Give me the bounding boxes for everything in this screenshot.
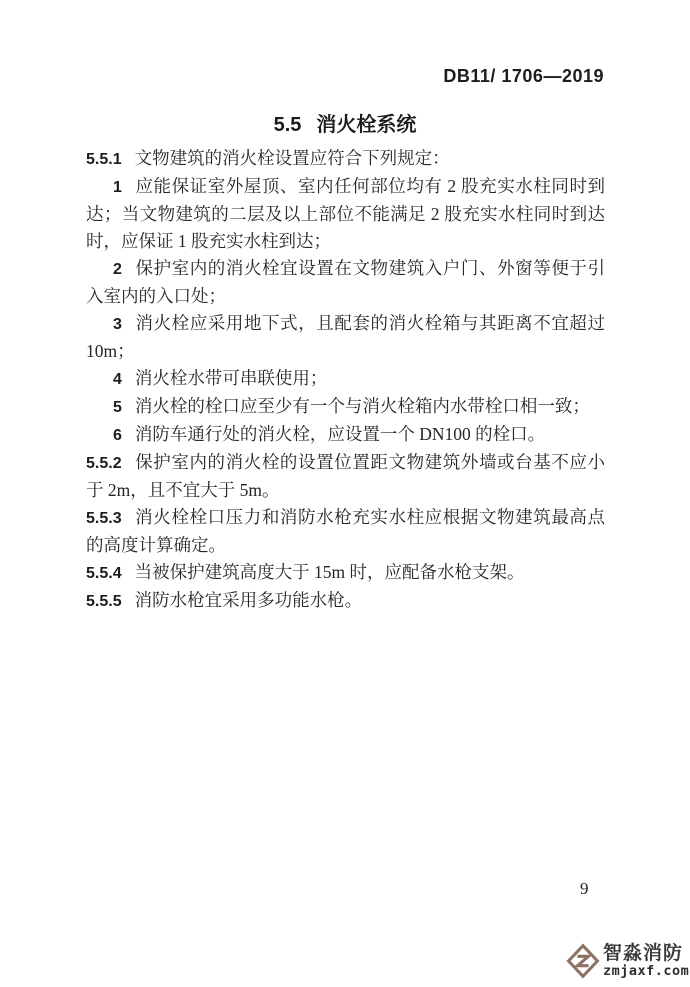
- item-number: 5: [113, 399, 135, 416]
- clause-number: 5.5.3: [86, 510, 135, 527]
- section-title-text: 消火栓系统: [316, 114, 416, 136]
- clause-paragraph: 5.5.2保护室内的消火栓的设置位置距文物建筑外墙或台基不应小于 2m，且不宜大…: [86, 449, 605, 504]
- clause-paragraph: 5.5.4当被保护建筑高度大于 15m 时，应配备水枪支架。: [86, 559, 605, 587]
- clause-number: 5.5.4: [86, 565, 135, 582]
- section-title-number: 5.5: [274, 114, 302, 136]
- item-number: 3: [113, 316, 135, 333]
- brand-name: 智淼消防: [603, 944, 689, 963]
- sub-item-paragraph: 4消火栓水带可串联使用；: [86, 365, 605, 393]
- brand-url: zmjaxf.com: [603, 965, 689, 979]
- watermark: 智淼消防 zmjaxf.com: [566, 942, 689, 980]
- clause-text: 消防水枪宜采用多功能水枪。: [135, 590, 363, 610]
- item-text: 消防车通行处的消火栓，应设置一个 DN100 的栓口。: [135, 424, 545, 444]
- item-text: 保护室内的消火栓宜设置在文物建筑入户门、外窗等便于引入室内的入口处；: [86, 258, 605, 306]
- clause-paragraph: 5.5.1文物建筑的消火栓设置应符合下列规定：: [86, 145, 605, 173]
- brand-text-block: 智淼消防 zmjaxf.com: [603, 944, 689, 979]
- sub-item-paragraph: 5消火栓的栓口应至少有一个与消火栓箱内水带栓口相一致；: [86, 393, 605, 421]
- item-text: 应能保证室外屋顶、室内任何部位均有 2 股充实水柱同时到达；当文物建筑的二层及以…: [86, 176, 605, 251]
- clause-paragraph: 5.5.3消火栓栓口压力和消防水枪充实水柱应根据文物建筑最高点的高度计算确定。: [86, 504, 605, 559]
- page-number: 9: [580, 879, 589, 899]
- section-title: 5.5消火栓系统: [0, 108, 690, 137]
- clause-paragraph: 5.5.5消防水枪宜采用多功能水枪。: [86, 587, 605, 615]
- sub-item-paragraph: 6消防车通行处的消火栓，应设置一个 DN100 的栓口。: [86, 421, 605, 449]
- diamond-z-logo-icon: [566, 942, 600, 980]
- sub-item-paragraph: 3消火栓应采用地下式，且配套的消火栓箱与其距离不宜超过 10m；: [86, 310, 605, 365]
- item-number: 2: [113, 261, 135, 278]
- body-text: 5.5.1文物建筑的消火栓设置应符合下列规定： 1应能保证室外屋顶、室内任何部位…: [86, 145, 605, 615]
- doc-code: DB11/ 1706—2019: [443, 66, 604, 87]
- clause-number: 5.5.5: [86, 593, 135, 610]
- clause-text: 当被保护建筑高度大于 15m 时，应配备水枪支架。: [135, 562, 525, 582]
- sub-item-paragraph: 2保护室内的消火栓宜设置在文物建筑入户门、外窗等便于引入室内的入口处；: [86, 255, 605, 310]
- document-page: DB11/ 1706—2019 5.5消火栓系统 5.5.1文物建筑的消火栓设置…: [0, 0, 690, 987]
- clause-number: 5.5.1: [86, 151, 135, 168]
- clause-text: 文物建筑的消火栓设置应符合下列规定：: [135, 148, 450, 168]
- item-text: 消火栓水带可串联使用；: [135, 368, 328, 388]
- clause-text: 消火栓栓口压力和消防水枪充实水柱应根据文物建筑最高点的高度计算确定。: [86, 507, 605, 555]
- clause-text: 保护室内的消火栓的设置位置距文物建筑外墙或台基不应小于 2m，且不宜大于 5m。: [86, 452, 605, 500]
- item-text: 消火栓应采用地下式，且配套的消火栓箱与其距离不宜超过 10m；: [86, 313, 605, 361]
- item-number: 4: [113, 371, 135, 388]
- item-number: 1: [113, 179, 135, 196]
- sub-item-paragraph: 1应能保证室外屋顶、室内任何部位均有 2 股充实水柱同时到达；当文物建筑的二层及…: [86, 173, 605, 255]
- item-text: 消火栓的栓口应至少有一个与消火栓箱内水带栓口相一致；: [135, 396, 590, 416]
- item-number: 6: [113, 427, 135, 444]
- clause-number: 5.5.2: [86, 455, 135, 472]
